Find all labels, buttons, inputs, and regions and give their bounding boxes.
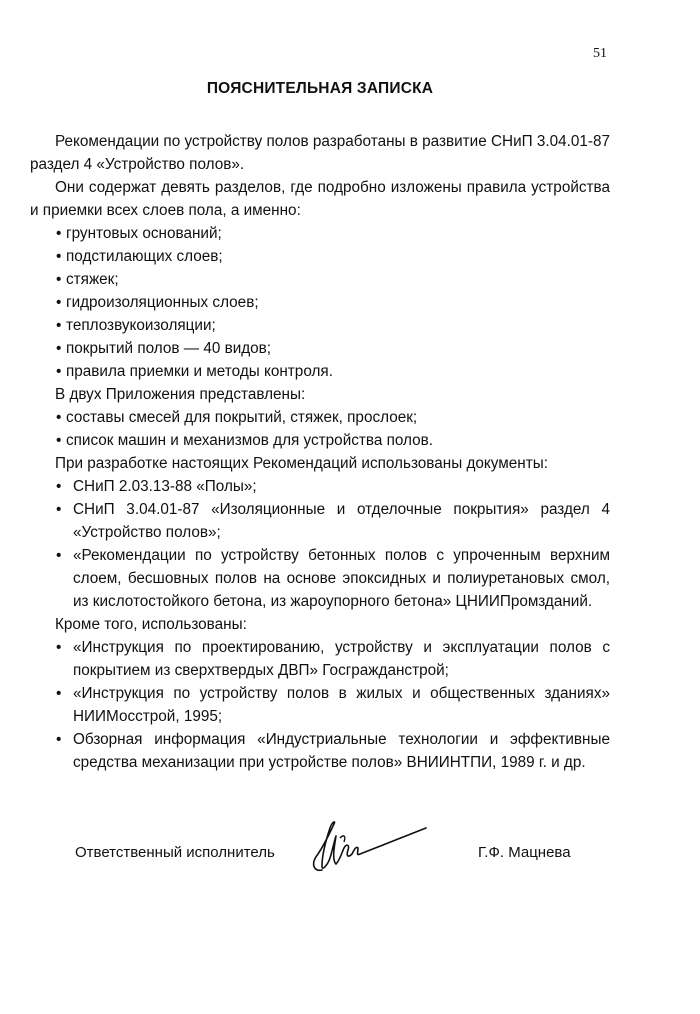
bullet-icon: • xyxy=(56,337,61,360)
page-title: ПОЯСНИТЕЛЬНАЯ ЗАПИСКА xyxy=(0,80,640,98)
list-item: •«Инструкция по проектированию, устройст… xyxy=(30,636,610,682)
bullet-icon: • xyxy=(56,360,61,383)
bullet-icon: • xyxy=(56,314,61,337)
list-item-text: правила приемки и методы контроля. xyxy=(66,363,333,380)
handwritten-signature-icon xyxy=(300,814,430,876)
bullet-icon: • xyxy=(56,268,61,291)
list-item-text: грунтовых оснований; xyxy=(66,225,222,242)
list-item: •гидроизоляционных слоев; xyxy=(30,291,610,314)
bullet-icon: • xyxy=(56,245,61,268)
list-item: •СНиП 2.03.13-88 «Полы»; xyxy=(30,475,610,498)
signature-label: Ответственный исполнитель xyxy=(75,844,275,861)
list-item-text: СНиП 3.04.01-87 «Изоляционные и отделочн… xyxy=(73,501,610,541)
list-item-text: «Инструкция по проектированию, устройств… xyxy=(73,639,610,679)
list-item: •стяжек; xyxy=(30,268,610,291)
list-item-text: гидроизоляционных слоев; xyxy=(66,294,259,311)
documents-intro: При разработке настоящих Рекомендаций ис… xyxy=(30,452,610,475)
list-item: •составы смесей для покрытий, стяжек, пр… xyxy=(30,406,610,429)
list-item: •«Инструкция по устройству полов в жилых… xyxy=(30,682,610,728)
list-item-text: Обзорная информация «Индустриальные техн… xyxy=(73,731,610,771)
document-body: Рекомендации по устройству полов разрабо… xyxy=(30,130,610,774)
bullet-icon: • xyxy=(56,475,61,498)
list-item: •покрытий полов — 40 видов; xyxy=(30,337,610,360)
bullet-icon: • xyxy=(56,429,61,452)
bullet-icon: • xyxy=(56,728,61,751)
appendices-intro: В двух Приложения представлены: xyxy=(30,383,610,406)
list-item: •список машин и механизмов для устройств… xyxy=(30,429,610,452)
list-item: •«Рекомендации по устройству бетонных по… xyxy=(30,544,610,613)
list-item: •подстилающих слоев; xyxy=(30,245,610,268)
documents-list: •СНиП 2.03.13-88 «Полы»; •СНиП 3.04.01-8… xyxy=(30,475,610,613)
list-item-text: «Рекомендации по устройству бетонных пол… xyxy=(73,547,610,610)
list-item: •правила приемки и методы контроля. xyxy=(30,360,610,383)
additional-intro: Кроме того, использованы: xyxy=(30,613,610,636)
bullet-icon: • xyxy=(56,406,61,429)
list-item-text: СНиП 2.03.13-88 «Полы»; xyxy=(73,478,257,495)
signature-block: Ответственный исполнитель Г.Ф. Мацнева xyxy=(0,810,700,880)
bullet-icon: • xyxy=(56,222,61,245)
list-item-text: составы смесей для покрытий, стяжек, про… xyxy=(66,409,417,426)
intro-paragraph-2: Они содержат девять разделов, где подроб… xyxy=(30,176,610,222)
list-item-text: стяжек; xyxy=(66,271,119,288)
bullet-icon: • xyxy=(56,291,61,314)
signatory-name: Г.Ф. Мацнева xyxy=(478,844,571,861)
list-item-text: теплозвукоизоляции; xyxy=(66,317,216,334)
bullet-icon: • xyxy=(56,544,61,567)
list-item: •Обзорная информация «Индустриальные тех… xyxy=(30,728,610,774)
list-item: •СНиП 3.04.01-87 «Изоляционные и отделоч… xyxy=(30,498,610,544)
list-item-text: подстилающих слоев; xyxy=(66,248,223,265)
bullet-icon: • xyxy=(56,498,61,521)
list-item-text: «Инструкция по устройству полов в жилых … xyxy=(73,685,610,725)
sections-list: •грунтовых оснований; •подстилающих слое… xyxy=(30,222,610,383)
intro-paragraph-1: Рекомендации по устройству полов разрабо… xyxy=(30,130,610,176)
additional-list: •«Инструкция по проектированию, устройст… xyxy=(30,636,610,774)
list-item: •теплозвукоизоляции; xyxy=(30,314,610,337)
list-item: •грунтовых оснований; xyxy=(30,222,610,245)
page-number: 51 xyxy=(593,46,607,62)
appendices-list: •составы смесей для покрытий, стяжек, пр… xyxy=(30,406,610,452)
bullet-icon: • xyxy=(56,682,61,705)
bullet-icon: • xyxy=(56,636,61,659)
list-item-text: покрытий полов — 40 видов; xyxy=(66,340,271,357)
list-item-text: список машин и механизмов для устройства… xyxy=(66,432,433,449)
